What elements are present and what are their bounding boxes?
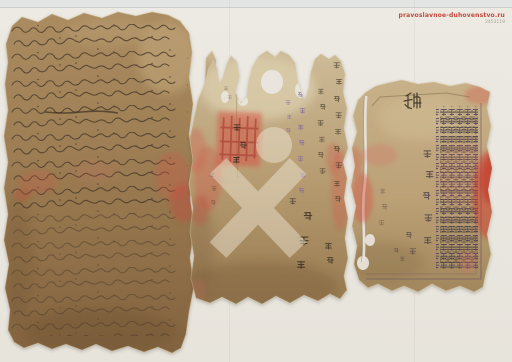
arabic-manuscript-fragment xyxy=(4,12,198,354)
red-square-seal xyxy=(216,111,262,167)
paper-dark-patch xyxy=(340,242,424,282)
paper-hole xyxy=(365,234,375,246)
chinese-form-fragment xyxy=(340,80,505,292)
scan-canvas: pravoslavnoe-duhovenstvo.ru 2453119 xyxy=(0,0,512,362)
site-watermark: pravoslavnoe-duhovenstvo.ru 2453119 xyxy=(399,12,505,25)
chinese-manuscript-fragment xyxy=(182,51,349,310)
watermark-url-text: pravoslavnoe-duhovenstvo.ru xyxy=(399,12,505,20)
manuscript-artwork xyxy=(0,0,512,362)
watermark-id-text: 2453119 xyxy=(399,20,505,26)
